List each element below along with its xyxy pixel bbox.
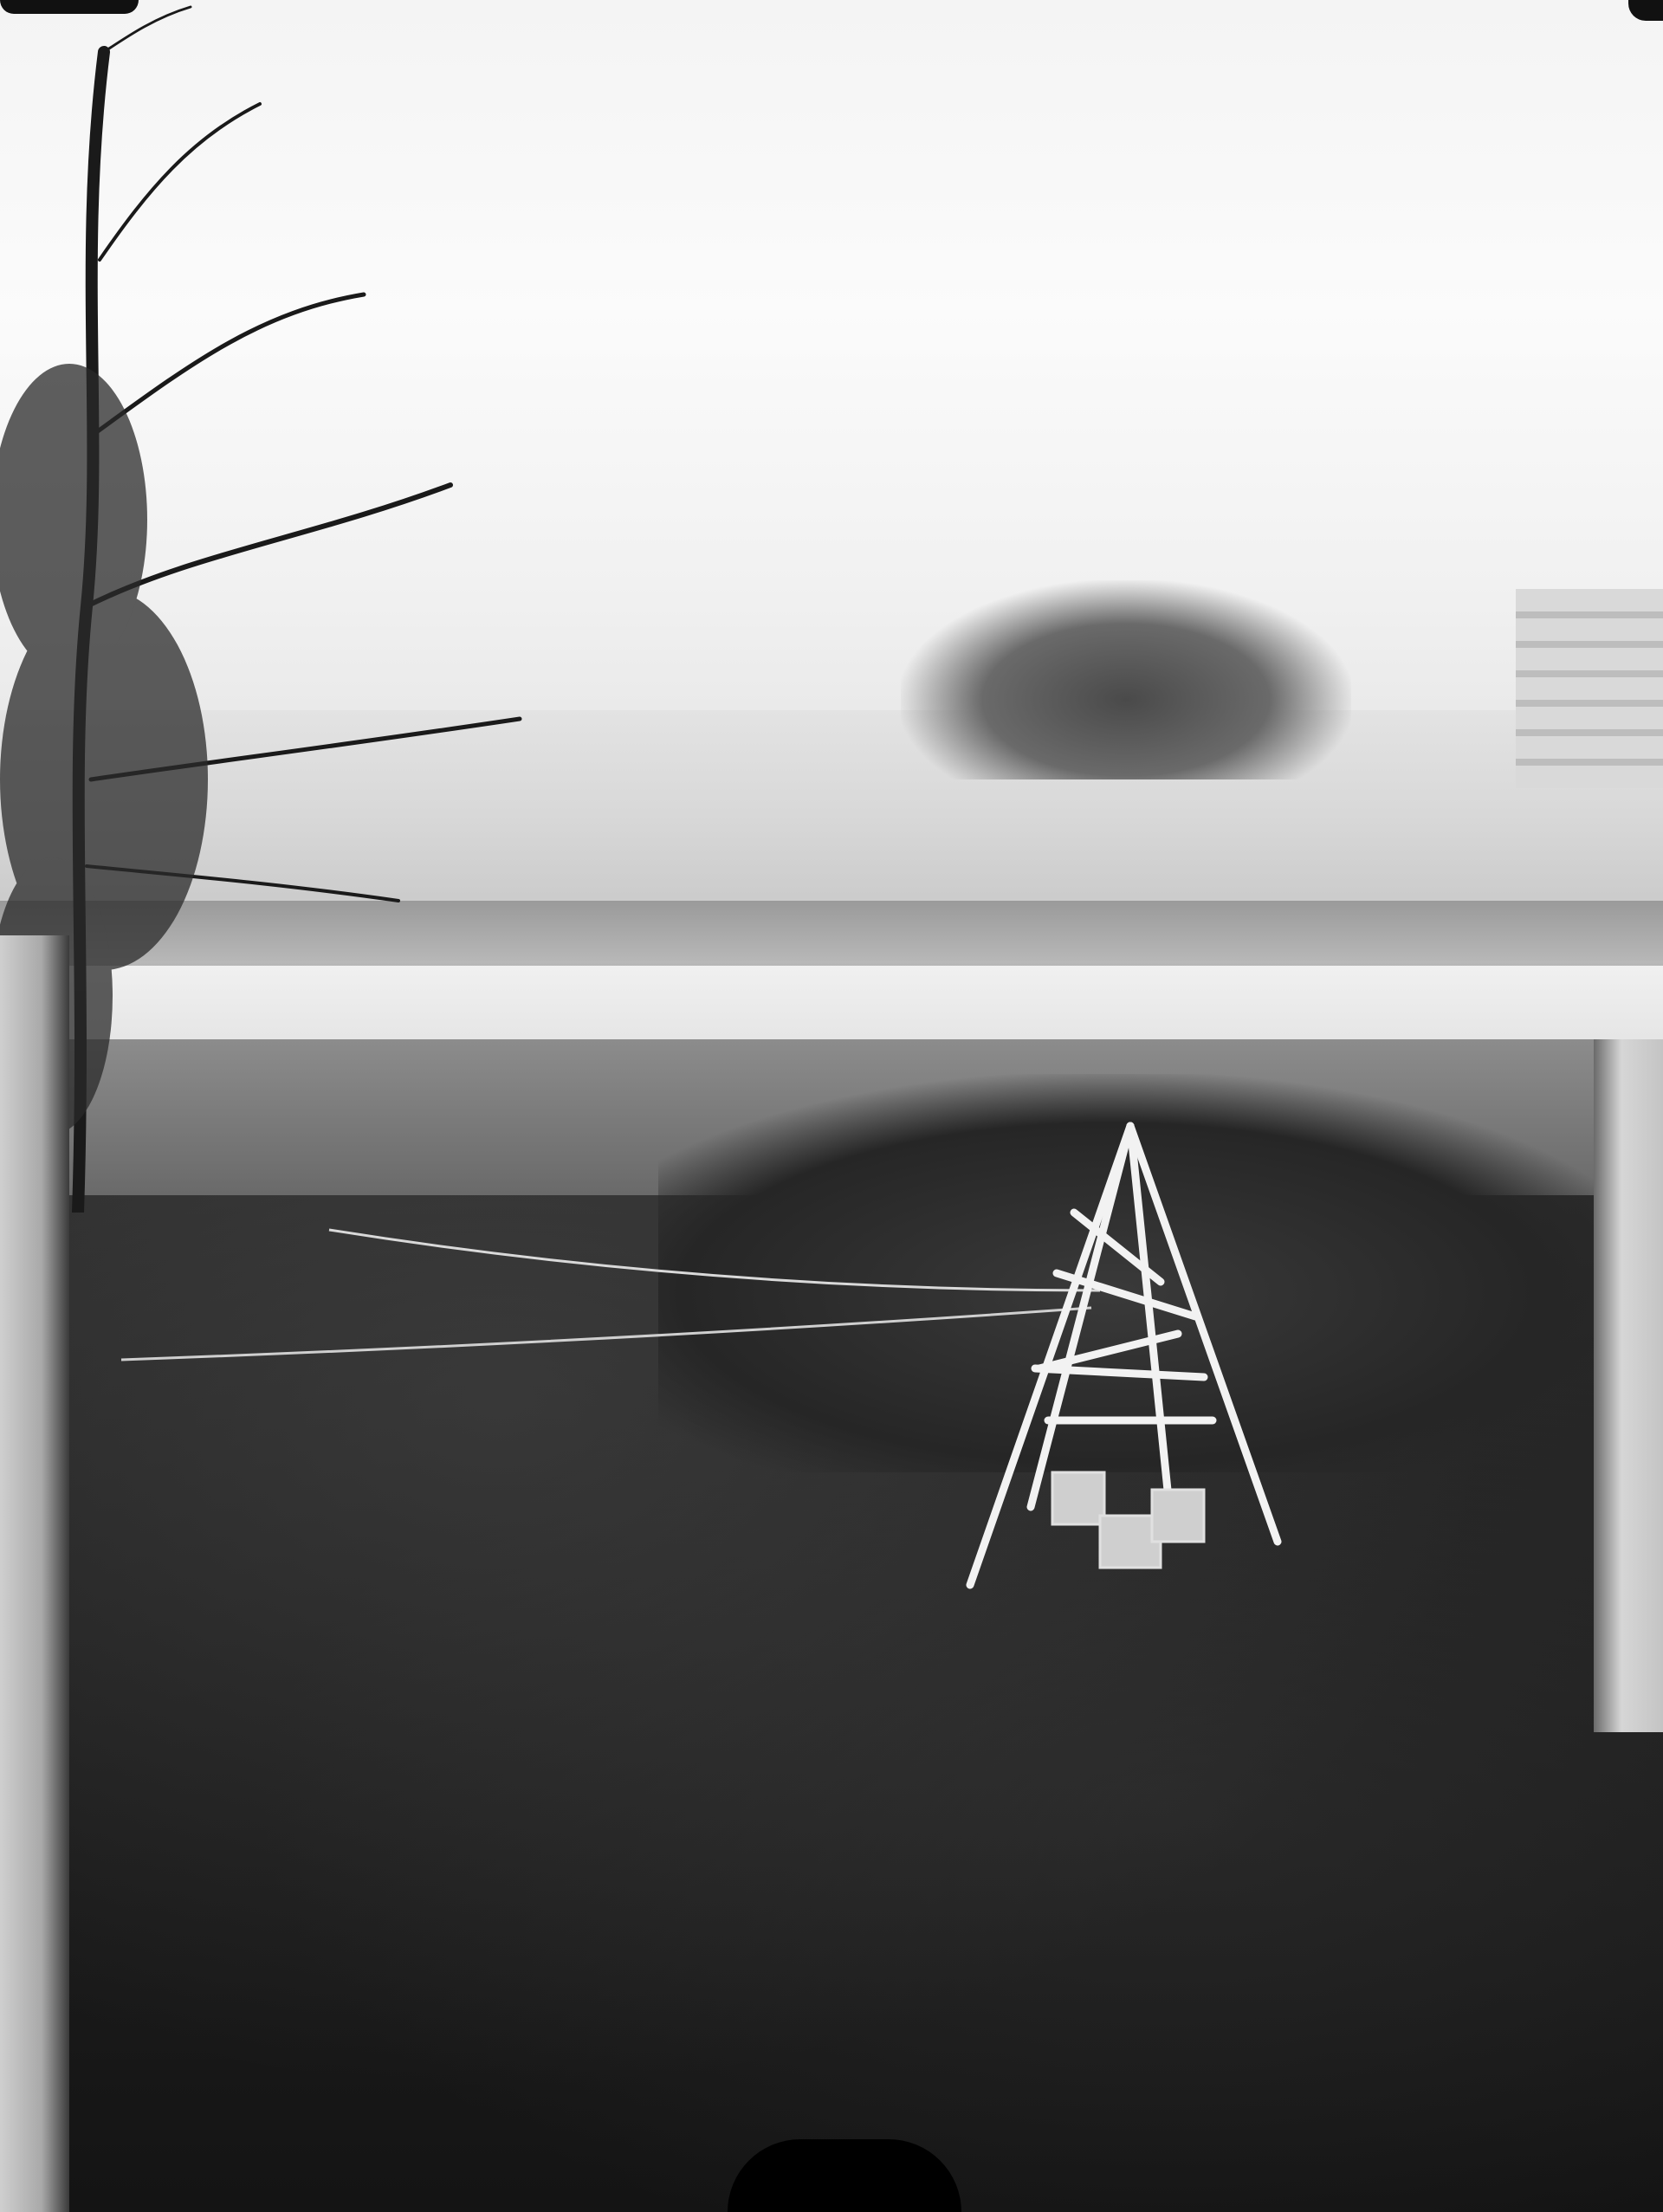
film-edge-top-left	[0, 0, 139, 14]
film-edge-bottom	[728, 2139, 961, 2212]
photo-scene	[0, 0, 1663, 2212]
apartment-building	[1516, 589, 1663, 788]
door-frame-left	[0, 935, 69, 2212]
door-frame-right	[1594, 1039, 1663, 1732]
swing-set	[935, 1109, 1299, 1594]
bare-tree	[0, 0, 606, 1213]
tree-line	[901, 580, 1351, 779]
